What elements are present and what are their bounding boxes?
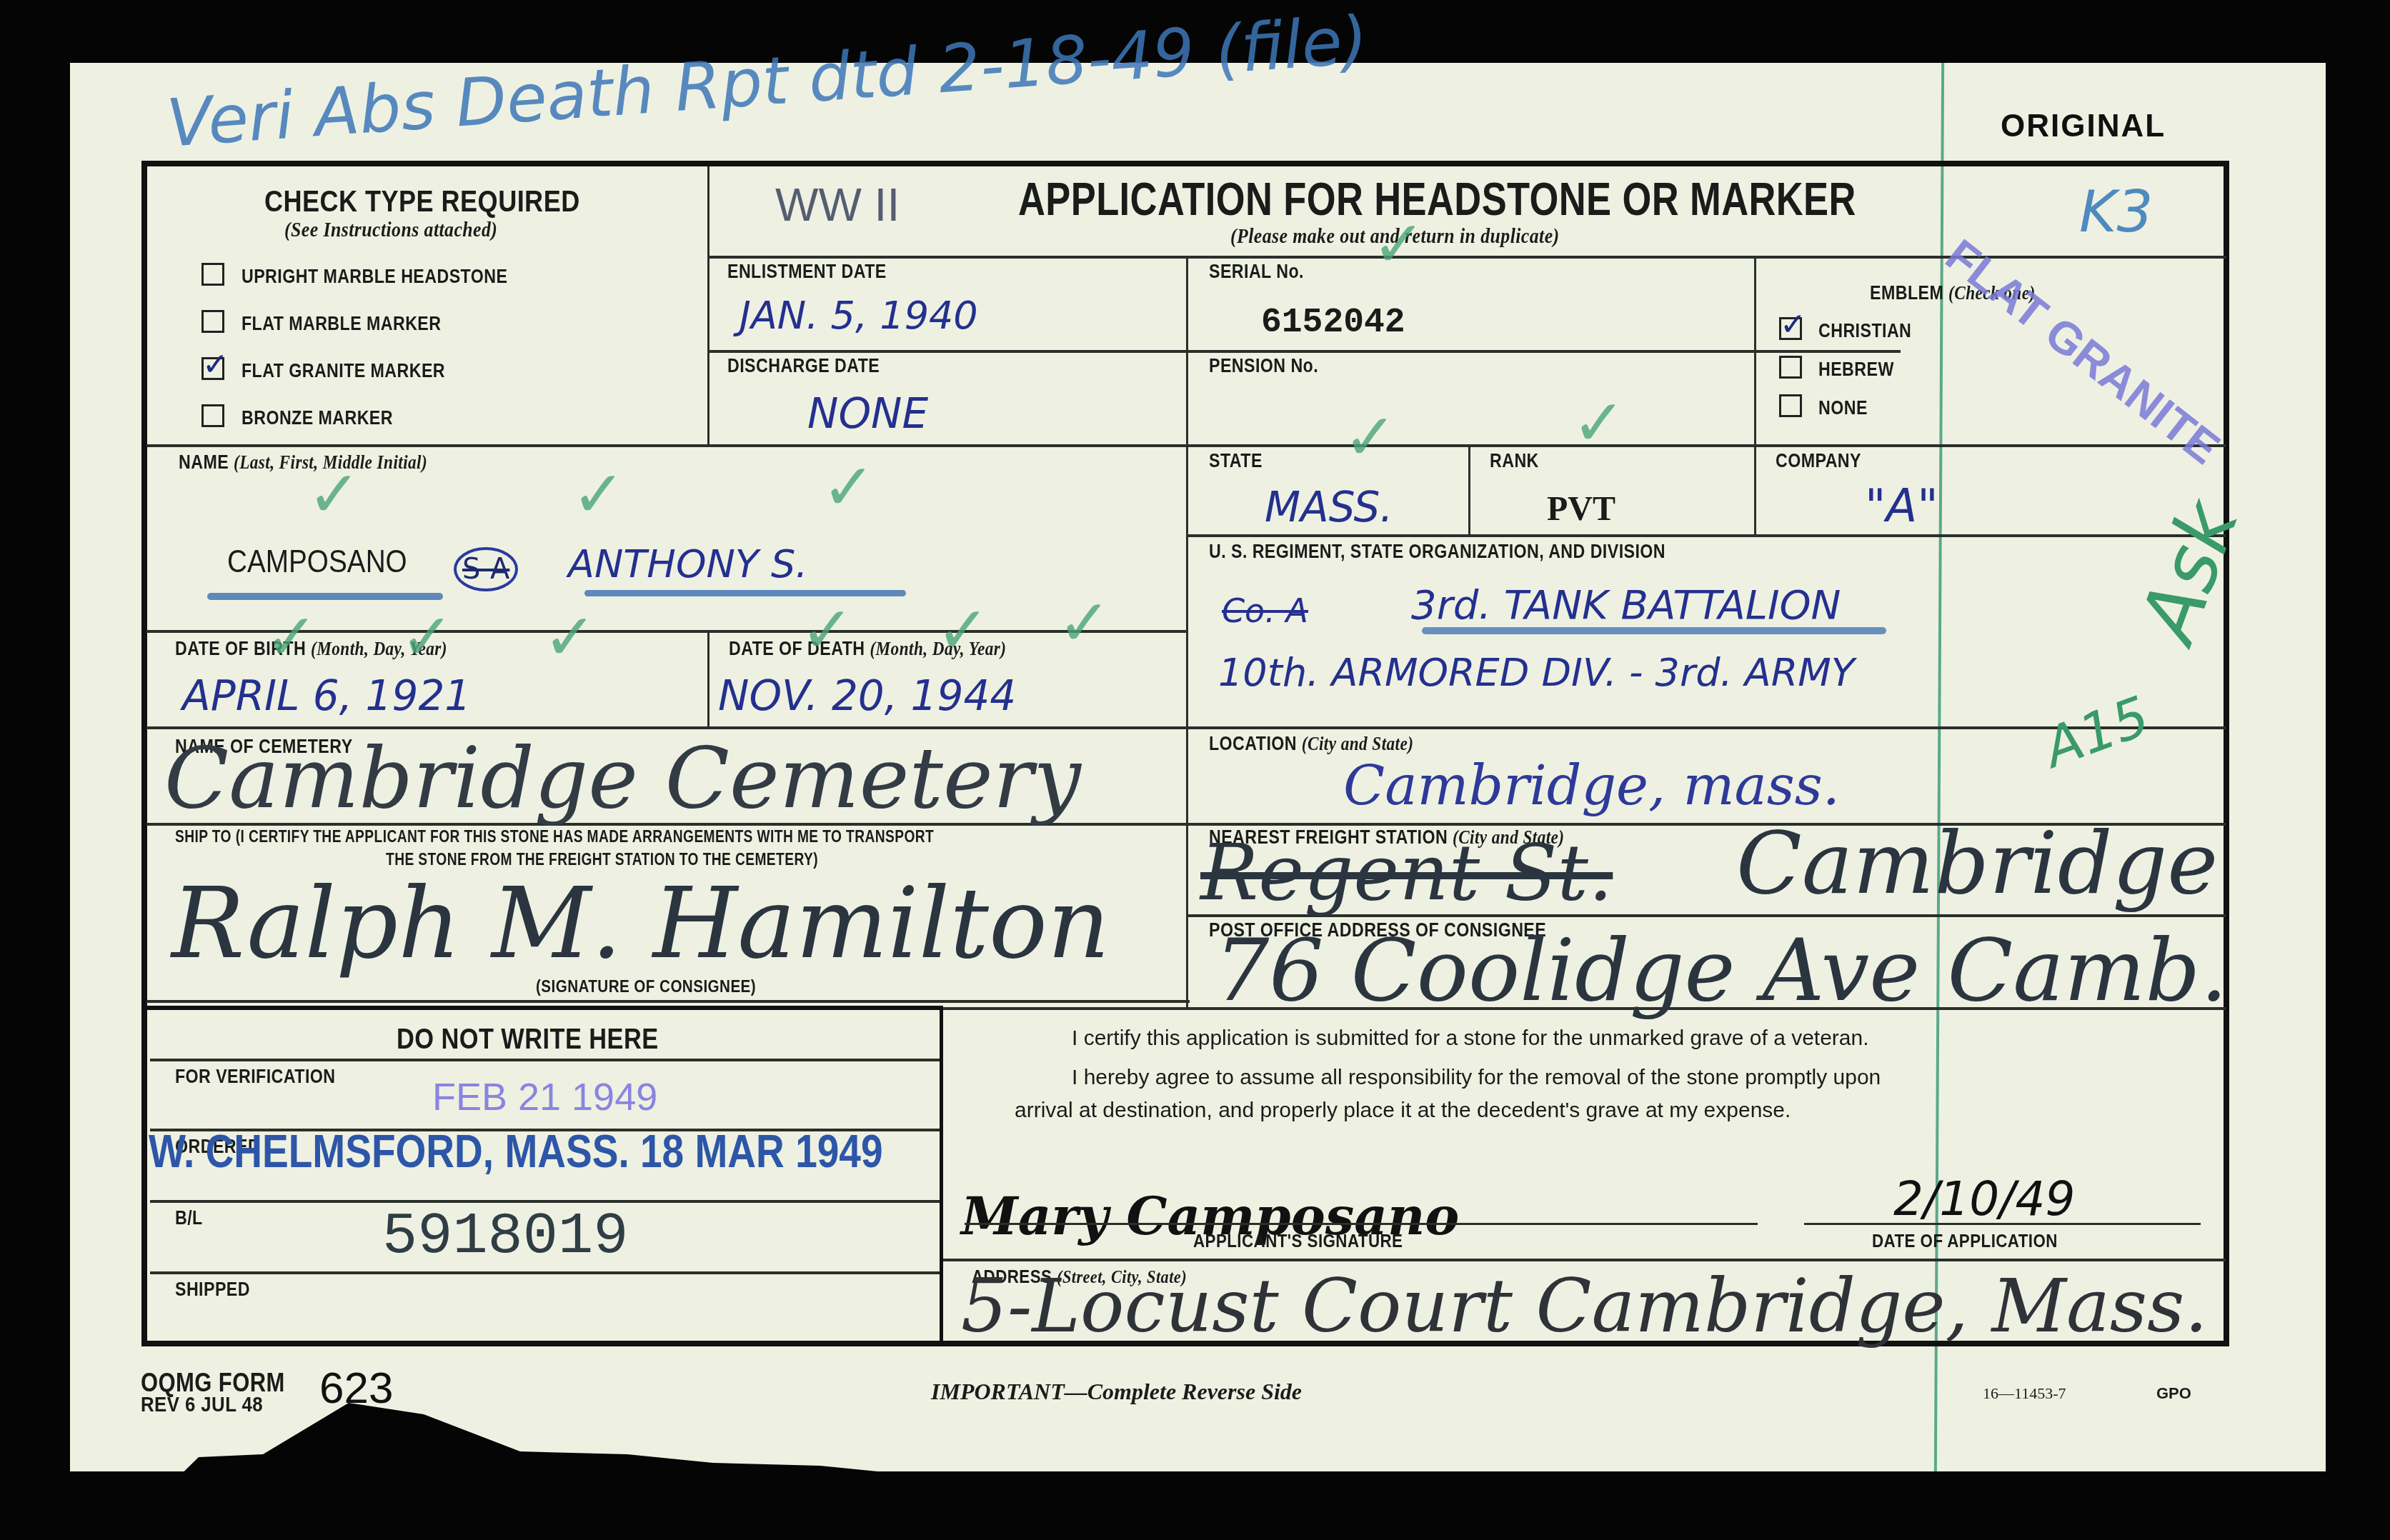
option-label: UPRIGHT MARBLE HEADSTONE (242, 266, 507, 288)
corner-mark: K3 (2079, 179, 2153, 245)
office-use-heading: DO NOT WRITE HERE (397, 1024, 659, 1056)
ship-to-label-line2: THE STONE FROM THE FREIGHT STATION TO TH… (386, 850, 818, 870)
pension-no-label: PENSION No. (1209, 355, 1318, 377)
name-first-middle-value: ANTHONY S. (568, 541, 807, 586)
checkbox-bronze-marker[interactable] (201, 404, 224, 427)
discharge-date-value: NONE (807, 389, 928, 438)
review-check-icon: ✓ (800, 593, 854, 668)
certification-line3: arrival at destination, and properly pla… (1015, 1099, 1791, 1123)
bill-of-lading-label: B/L (175, 1207, 203, 1229)
shipped-label: SHIPPED (175, 1279, 250, 1301)
review-check-icon: ✓ (543, 600, 597, 675)
regiment-underline (1422, 627, 1886, 634)
option-label: CHRISTIAN (1818, 320, 1911, 342)
ordered-stamp: W. CHELMSFORD, MASS. 18 MAR 1949 (149, 1125, 883, 1178)
rank-label: RANK (1490, 450, 1539, 472)
original-label: ORIGINAL (2001, 109, 2166, 144)
divider (707, 350, 1901, 353)
enlistment-date-label: ENLISTMENT DATE (727, 261, 887, 283)
divider (707, 630, 709, 726)
divider (150, 1059, 940, 1061)
checkbox-emblem-none[interactable] (1779, 394, 1802, 417)
option-label: HEBREW (1818, 359, 1894, 381)
post-office-value: 76 Coolidge Ave Camb. (1215, 921, 2228, 1021)
divider (943, 1259, 2226, 1261)
divider (150, 1200, 940, 1203)
divider (146, 1000, 1190, 1003)
checkbox-upright-marble-headstone[interactable] (201, 263, 224, 286)
date-of-application-label: DATE OF APPLICATION (1872, 1230, 2058, 1252)
war-label: WW II (775, 179, 900, 231)
ship-to-label: SHIP TO (I CERTIFY THE APPLICANT FOR THI… (175, 827, 934, 847)
print-code: 16—11453-7 (1983, 1384, 2066, 1403)
option-label: FLAT GRANITE MARKER (242, 360, 445, 382)
date-of-death-value: NOV. 20, 1944 (718, 671, 1016, 720)
name-underline (207, 593, 443, 600)
enlistment-date-value: JAN. 5, 1940 (740, 293, 978, 338)
name-struck-value: S-A (454, 547, 518, 591)
name-underline (584, 590, 906, 596)
review-check-icon: ✓ (264, 600, 318, 675)
option-label: FLAT MARBLE MARKER (242, 313, 441, 335)
review-check-icon: ✓ (936, 593, 990, 668)
date-of-birth-value: APRIL 6, 1921 (182, 671, 471, 720)
consignee-signature: Ralph M. Hamilton (171, 868, 1110, 981)
form-title: APPLICATION FOR HEADSTONE OR MARKER (1018, 173, 1856, 226)
bill-of-lading-value: 5918019 (382, 1204, 628, 1270)
serial-no-label: SERIAL No. (1209, 261, 1304, 283)
divider (1468, 444, 1470, 536)
divider (150, 1271, 940, 1274)
name-label: NAME (Last, First, Middle Initial) (179, 451, 427, 474)
checkbox-flat-granite-marker[interactable] (201, 357, 224, 380)
option-label: BRONZE MARKER (242, 407, 393, 429)
review-check-icon: ✓ (822, 450, 875, 525)
freight-station-value: Cambridge (1736, 814, 2218, 914)
regiment-label: U. S. REGIMENT, STATE ORGANIZATION, AND … (1209, 541, 1665, 563)
regiment-struck-value: Co. A (1222, 591, 1308, 630)
certification-line1: I certify this application is submitted … (1072, 1026, 1869, 1051)
checkbox-emblem-hebrew[interactable] (1779, 356, 1802, 379)
regiment-line2-value: 10th. ARMORED DIV. - 3rd. ARMY (1218, 650, 1855, 695)
state-value: MASS. (1265, 483, 1393, 531)
check-type-heading: CHECK TYPE REQUIRED (264, 184, 580, 219)
form-code-line2: REV 6 JUL 48 (141, 1393, 263, 1417)
checkbox-emblem-christian[interactable] (1779, 317, 1802, 340)
review-check-icon: ✓ (1057, 586, 1111, 661)
review-check-icon: ✓ (307, 457, 361, 532)
regiment-line1-value: 3rd. TANK BATTALION (1411, 582, 1841, 629)
rank-value: PVT (1547, 489, 1615, 529)
for-verification-label: FOR VERIFICATION (175, 1066, 335, 1088)
discharge-date-label: DISCHARGE DATE (727, 355, 880, 377)
signature-line (965, 1223, 1758, 1225)
review-check-icon: ✓ (1572, 386, 1625, 461)
check-type-subheading: (See Instructions attached) (284, 218, 497, 242)
review-check-icon: ✓ (1372, 207, 1425, 282)
divider (1186, 256, 1188, 1007)
form-number: 623 (319, 1363, 393, 1414)
company-label: COMPANY (1776, 450, 1861, 472)
state-label: STATE (1209, 450, 1263, 472)
review-check-icon: ✓ (572, 457, 625, 532)
consignee-signature-caption: (SIGNATURE OF CONSIGNEE) (536, 977, 756, 997)
location-value: Cambridge, mass. (1343, 754, 1840, 817)
serial-no-value: 6152042 (1261, 304, 1405, 342)
location-label: LOCATION (City and State) (1209, 733, 1413, 755)
important-note: IMPORTANT—Complete Reverse Side (931, 1379, 1302, 1405)
freight-station-struck-value: Regent St. (1200, 829, 1613, 918)
applicant-signature-label: APPLICANT'S SIGNATURE (1193, 1230, 1403, 1252)
gpo-mark: GPO (2156, 1384, 2191, 1403)
divider (707, 166, 709, 446)
certification-line2: I hereby agree to assume all responsibil… (1072, 1066, 1881, 1090)
date-line (1804, 1223, 2201, 1225)
checkbox-flat-marble-marker[interactable] (201, 310, 224, 333)
option-label: NONE (1818, 397, 1868, 419)
company-value: "A" (1865, 480, 1938, 533)
date-of-application-value: 2/10/49 (1893, 1171, 2075, 1226)
divider (1754, 256, 1756, 536)
cemetery-value: Cambridge Cemetery (164, 729, 1081, 827)
divider (1186, 534, 2226, 537)
verification-date-stamp: FEB 21 1949 (432, 1075, 657, 1119)
review-check-icon: ✓ (400, 600, 454, 675)
address-value: 5-Locust Court Cambridge, Mass. (961, 1264, 2208, 1349)
name-last-value: CAMPOSANO (227, 544, 407, 580)
review-check-icon: ✓ (1343, 400, 1397, 475)
